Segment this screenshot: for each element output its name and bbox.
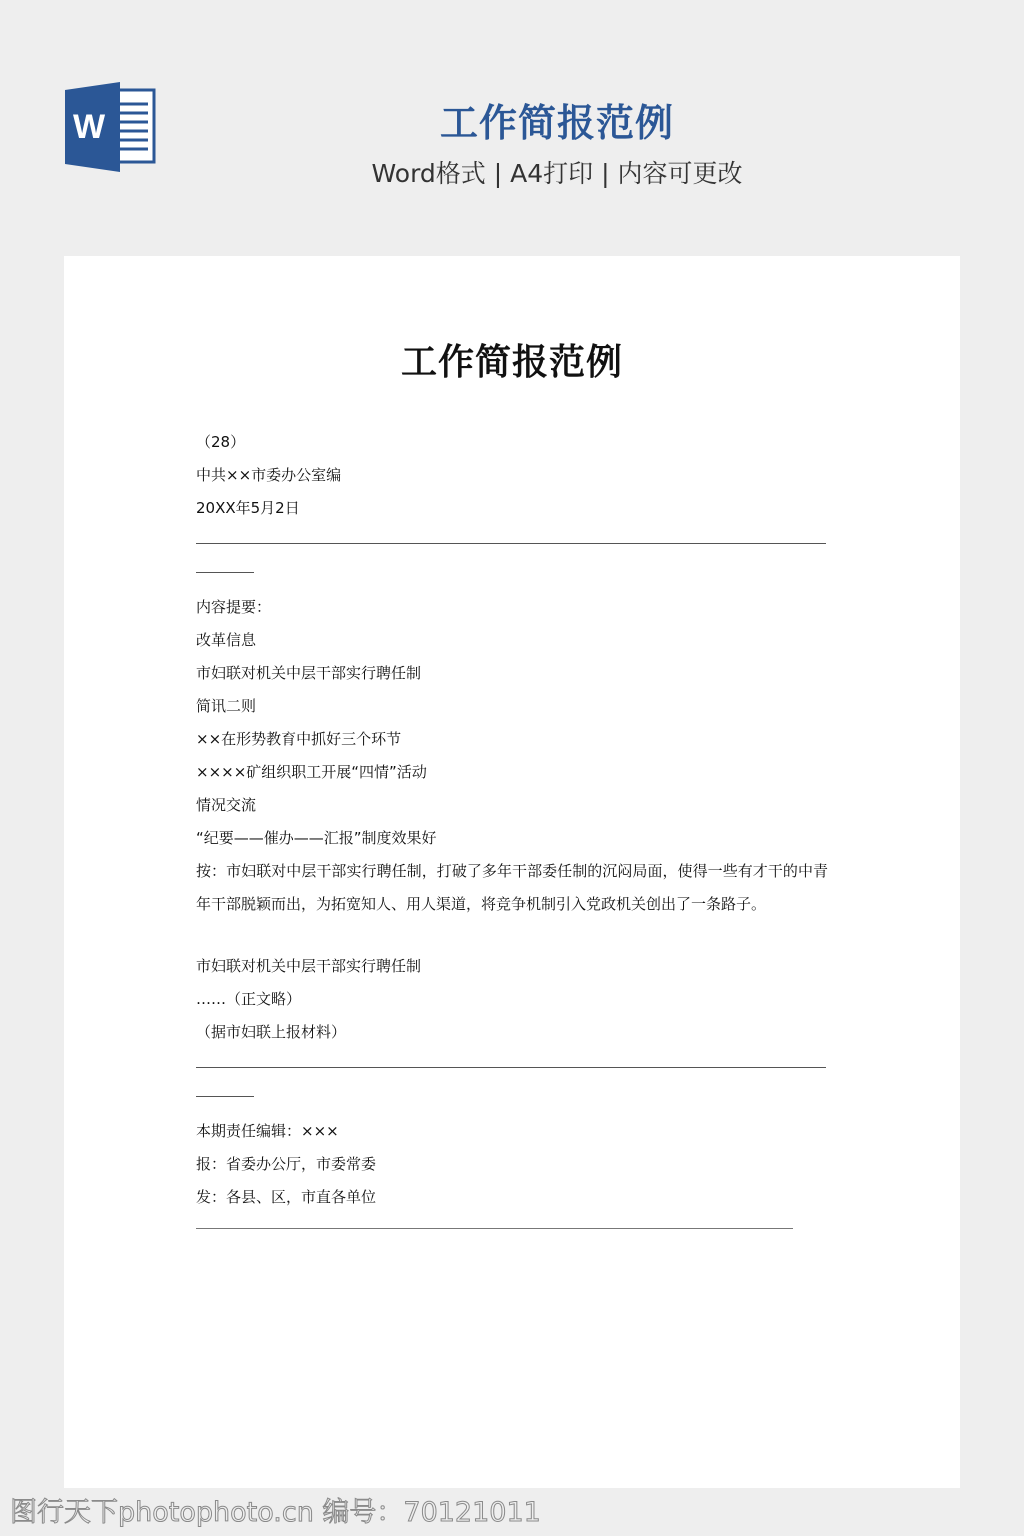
divider bbox=[196, 525, 836, 558]
document-title: 工作简报范例 bbox=[64, 334, 960, 385]
summary-item: 简讯二则 bbox=[196, 690, 836, 723]
summary-item: 市妇联对机关中层干部实行聘任制 bbox=[196, 657, 836, 690]
issue-date: 20XX年5月2日 bbox=[196, 492, 836, 525]
divider-tail bbox=[196, 1082, 836, 1115]
responsible-editor: 本期责任编辑：××× bbox=[196, 1115, 836, 1148]
watermark: 图行天下photophoto.cn 编号：70121011 bbox=[10, 1490, 541, 1529]
divider bbox=[196, 1049, 836, 1082]
summary-item: ××在形势教育中抓好三个环节 bbox=[196, 723, 836, 756]
divider-tail bbox=[196, 558, 836, 591]
spacer bbox=[196, 921, 836, 950]
header-subtitle: Word格式 | A4打印 | 内容可更改 bbox=[300, 154, 814, 190]
article-title: 市妇联对机关中层干部实行聘任制 bbox=[196, 950, 836, 983]
summary-heading: 内容提要： bbox=[196, 591, 836, 624]
editor-organization: 中共××市委办公室编 bbox=[196, 459, 836, 492]
svg-text:W: W bbox=[73, 108, 106, 146]
summary-item: “纪要——催办——汇报”制度效果好 bbox=[196, 822, 836, 855]
document-body: （28） 中共××市委办公室编 20XX年5月2日 内容提要： 改革信息 市妇联… bbox=[196, 426, 836, 1247]
article-body: ……（正文略） bbox=[196, 983, 836, 1016]
closing-divider bbox=[196, 1214, 836, 1247]
article-source: （据市妇联上报材料） bbox=[196, 1016, 836, 1049]
summary-item: 改革信息 bbox=[196, 624, 836, 657]
document-page: 工作简报范例 （28） 中共××市委办公室编 20XX年5月2日 内容提要： 改… bbox=[64, 256, 960, 1488]
word-document-icon: W bbox=[65, 82, 157, 172]
header-title: 工作简报范例 bbox=[300, 92, 814, 147]
summary-item: ××××矿组织职工开展“四情”活动 bbox=[196, 756, 836, 789]
editor-note: 按：市妇联对中层干部实行聘任制，打破了多年干部委任制的沉闷局面，使得一些有才干的… bbox=[196, 855, 828, 921]
issue-number: （28） bbox=[196, 426, 836, 459]
summary-item: 情况交流 bbox=[196, 789, 836, 822]
report-to: 报：省委办公厅，市委常委 bbox=[196, 1148, 836, 1181]
distribute-to: 发：各县、区，市直各单位 bbox=[196, 1181, 836, 1214]
